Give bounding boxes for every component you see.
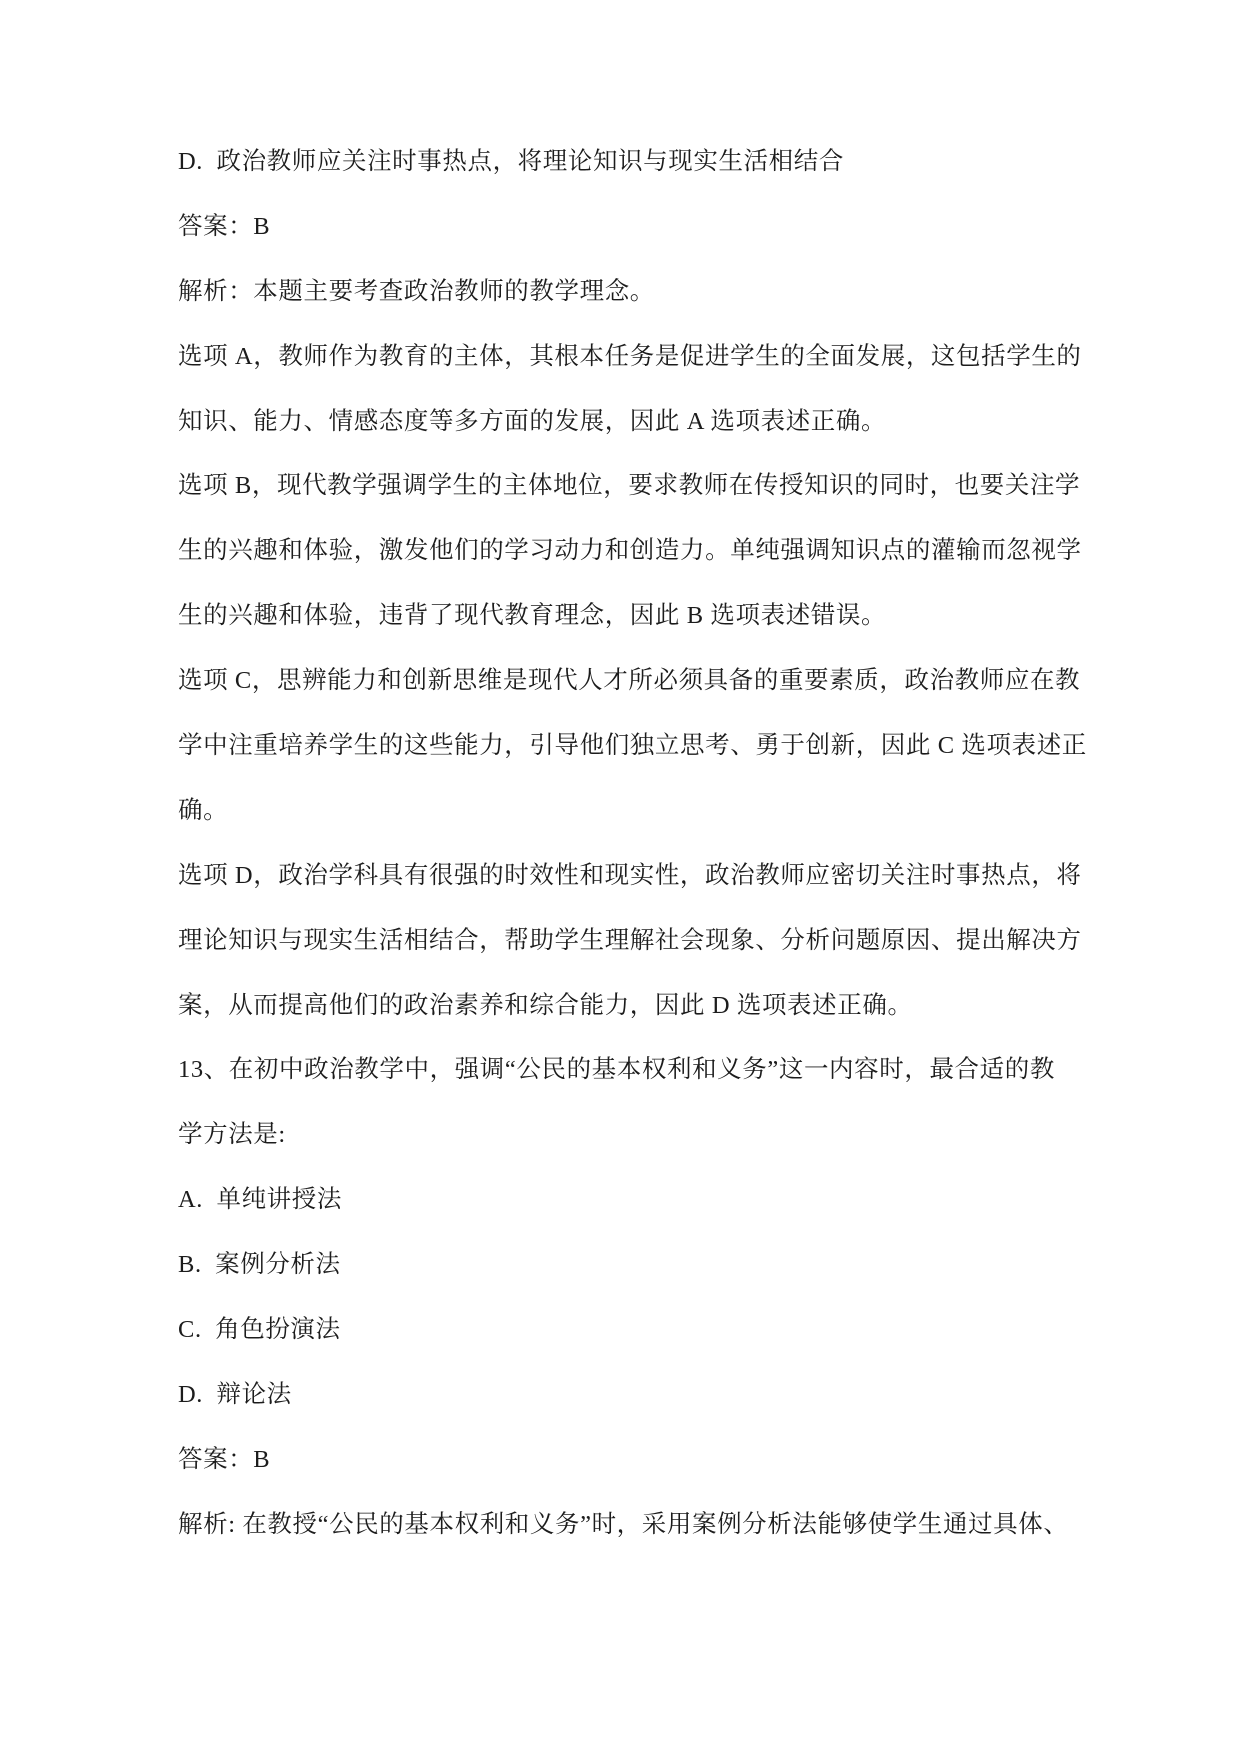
text-line: 13、在初中政治教学中，强调“公民的基本权利和义务”这一内容时，最合适的教	[178, 1038, 1078, 1103]
text-line: 答案：B	[178, 195, 1078, 260]
text-block: D. 政治教师应关注时事热点，将理论知识与现实生活相结合 答案：B 解析：本题主…	[178, 130, 1078, 1558]
text-line: 案，从而提高他们的政治素养和综合能力，因此 D 选项表述正确。	[178, 974, 1078, 1039]
document-page: D. 政治教师应关注时事热点，将理论知识与现实生活相结合 答案：B 解析：本题主…	[0, 0, 1241, 1754]
text-line: 解析：本题主要考查政治教师的教学理念。	[178, 260, 1078, 325]
text-line: D. 辩论法	[178, 1363, 1078, 1428]
text-line: 生的兴趣和体验，违背了现代教育理念，因此 B 选项表述错误。	[178, 584, 1078, 649]
text-line: 解析: 在教授“公民的基本权利和义务”时，采用案例分析法能够使学生通过具体、	[178, 1493, 1078, 1558]
text-line: 答案：B	[178, 1428, 1078, 1493]
text-line: 知识、能力、情感态度等多方面的发展，因此 A 选项表述正确。	[178, 390, 1078, 455]
text-line: 学方法是:	[178, 1103, 1078, 1168]
text-line: 生的兴趣和体验，激发他们的学习动力和创造力。单纯强调知识点的灌输而忽视学	[178, 519, 1078, 584]
text-line: 选项 C，思辨能力和创新思维是现代人才所必须具备的重要素质，政治教师应在教	[178, 649, 1078, 714]
text-line: 选项 D，政治学科具有很强的时效性和现实性，政治教师应密切关注时事热点，将	[178, 844, 1078, 909]
text-line: 选项 B，现代教学强调学生的主体地位，要求教师在传授知识的同时，也要关注学	[178, 454, 1078, 519]
text-line: B. 案例分析法	[178, 1233, 1078, 1298]
text-line: 选项 A，教师作为教育的主体，其根本任务是促进学生的全面发展，这包括学生的	[178, 325, 1078, 390]
text-line: 理论知识与现实生活相结合，帮助学生理解社会现象、分析问题原因、提出解决方	[178, 909, 1078, 974]
text-line: A. 单纯讲授法	[178, 1168, 1078, 1233]
text-line: 确。	[178, 779, 1078, 844]
text-line: C. 角色扮演法	[178, 1298, 1078, 1363]
text-line: 学中注重培养学生的这些能力，引导他们独立思考、勇于创新，因此 C 选项表述正	[178, 714, 1078, 779]
text-line: D. 政治教师应关注时事热点，将理论知识与现实生活相结合	[178, 130, 1078, 195]
